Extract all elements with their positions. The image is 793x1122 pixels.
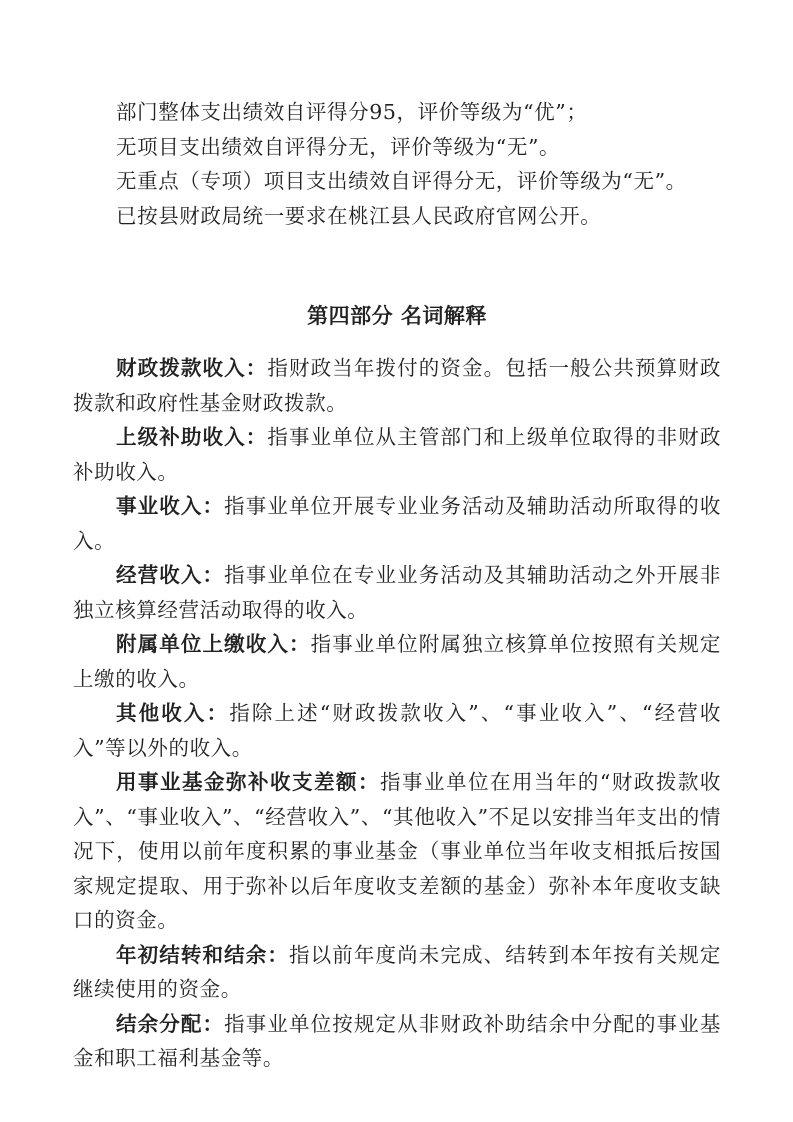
glossary-term: 用事业基金弥补收支差额： [116,770,380,794]
summary-line-overall: 部门整体支出绩效自评得分95，评价等级为“优”； [73,95,723,130]
glossary-term: 年初结转和结余： [116,943,289,967]
performance-summary: 部门整体支出绩效自评得分95，评价等级为“优”； 无项目支出绩效自评得分无，评价… [73,95,723,233]
summary-line-publication: 已按县财政局统一要求在桃江县人民政府官网公开。 [73,199,723,234]
summary-line-key-project: 无重点（专项）项目支出绩效自评得分无，评价等级为“无”。 [73,164,723,199]
glossary-item: 上级补助收入：指事业单位从主管部门和上级单位取得的非财政补助收入。 [73,420,721,489]
glossary-item: 事业收入：指事业单位开展专业业务活动及辅助活动所取得的收入。 [73,489,721,558]
glossary-term: 其他收入： [116,701,229,725]
glossary-term: 附属单位上缴收入： [116,632,311,656]
glossary-term: 财政拨款收入： [116,356,267,380]
glossary-term: 结余分配： [116,1012,224,1036]
summary-line-project: 无项目支出绩效自评得分无，评价等级为“无”。 [73,130,723,165]
glossary-item: 附属单位上缴收入：指事业单位附属独立核算单位按照有关规定上缴的收入。 [73,627,721,696]
glossary-term: 事业收入： [116,494,224,518]
glossary-term: 经营收入： [116,563,224,587]
glossary-item: 经营收入：指事业单位在专业业务活动及其辅助活动之外开展非独立核算经营活动取得的收… [73,558,721,627]
section-heading: 第四部分 名词解释 [73,300,721,330]
glossary-item: 其他收入：指除上述“财政拨款收入”、“事业收入”、“经营收入”等以外的收入。 [73,696,721,765]
glossary: 财政拨款收入：指财政当年拨付的资金。包括一般公共预算财政拨款和政府性基金财政拨款… [73,351,721,1076]
glossary-item: 财政拨款收入：指财政当年拨付的资金。包括一般公共预算财政拨款和政府性基金财政拨款… [73,351,721,420]
glossary-term: 上级补助收入： [116,425,267,449]
glossary-definition: 指事业单位在用当年的“财政拨款收入”、“事业收入”、“经营收入”、“其他收入”不… [73,770,721,932]
glossary-item: 年初结转和结余：指以前年度尚未完成、结转到本年按有关规定继续使用的资金。 [73,938,721,1007]
glossary-item: 结余分配：指事业单位按规定从非财政补助结余中分配的事业基金和职工福利基金等。 [73,1007,721,1076]
glossary-item: 用事业基金弥补收支差额：指事业单位在用当年的“财政拨款收入”、“事业收入”、“经… [73,765,721,938]
